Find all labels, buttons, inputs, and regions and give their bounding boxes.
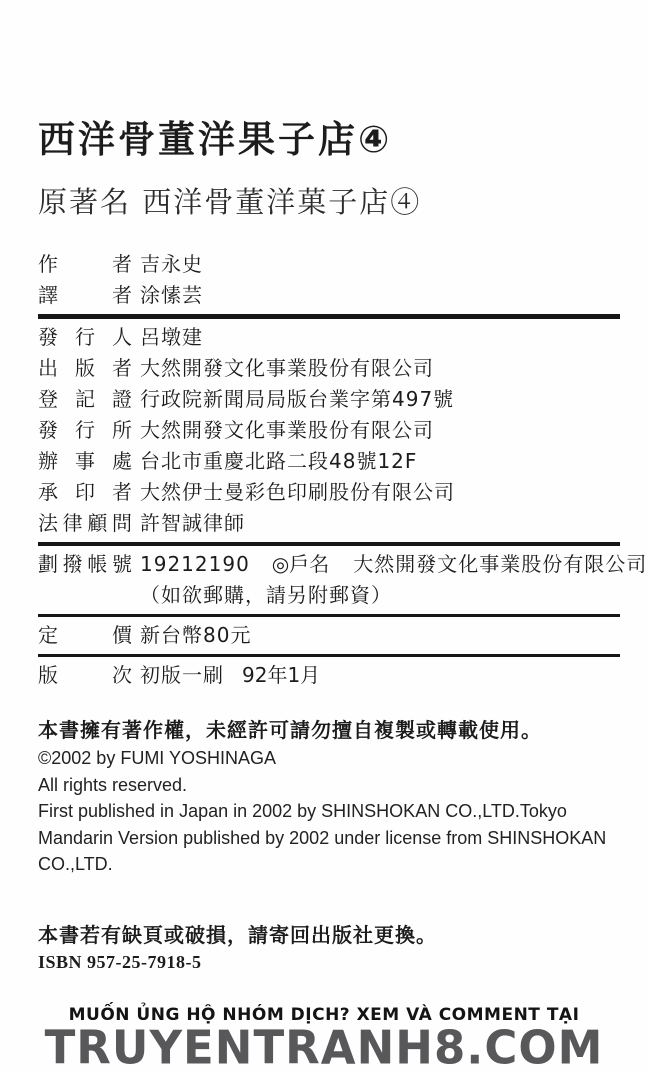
row-label: 出版者 [38,353,132,384]
row-label: 版次 [38,660,132,691]
colophon-table: 作者吉永史 譯者涂愫芸 發行人呂墩建 出版者大然開發文化事業股份有限公司 登記證… [38,249,620,691]
divider [38,614,620,617]
footer-site-name: TRUYENTRANH8.COM [0,1025,648,1071]
author-row: 作者吉永史 [38,249,620,280]
divider [38,314,620,319]
edition-row: 版次初版一刷92年1月 [38,660,620,691]
colophon-page: 西洋骨董洋果子店④ 原著名 西洋骨董洋菓子店④ 作者吉永史 譯者涂愫芸 發行人呂… [0,0,648,1072]
row-label: 承印者 [38,477,132,508]
copyright-block: 本書擁有著作權，未經許可請勿擅自複製或轉載使用。 ©2002 by FUMI Y… [38,715,620,878]
office-row: 辦事處台北市重慶北路二段48號12F [38,446,620,477]
legal-advisor-row: 法律顧問許智誠律師 [38,508,620,539]
edition-value: 初版一刷 [140,663,224,687]
row-value: 吉永史 [140,252,203,276]
footer-banner: MUỐN ỦNG HỘ NHÓM DỊCH? XEM VÀ COMMENT TẠ… [0,1005,648,1072]
postal-holder-label: ◎戶名 [272,552,329,576]
divider [38,654,620,657]
postal-mail-note-row: （如欲郵購，請另附郵資） [38,580,620,611]
isbn-number: ISBN 957-25-7918-5 [38,952,620,973]
price-row: 定價新台幣80元 [38,620,620,651]
row-label: 發行所 [38,415,132,446]
postal-account-number: 19212190 [140,552,250,576]
row-label: 辦事處 [38,446,132,477]
row-label: 劃撥帳號 [38,549,132,580]
registration-row: 登記證行政院新聞局局版台業字第497號 [38,384,620,415]
damage-note: 本書若有缺頁或破損，請寄回出版社更換。 [38,920,620,950]
page-title: 西洋骨董洋果子店④ [38,118,620,162]
row-label: 發行人 [38,322,132,353]
copyright-notice: 本書擁有著作權，未經許可請勿擅自複製或轉載使用。 [38,715,620,745]
postal-account-row: 劃撥帳號19212190◎戶名大然開發文化事業股份有限公司 [38,549,620,580]
first-published-line: First published in Japan in 2002 by SHIN… [38,798,620,825]
postal-holder-name: 大然開發文化事業股份有限公司 [353,552,647,576]
original-title: 原著名 西洋骨董洋菓子店④ [38,180,620,221]
mandarin-version-line: Mandarin Version published by 2002 under… [38,825,620,878]
postal-mail-note: （如欲郵購，請另附郵資） [140,583,392,607]
row-label: 譯者 [38,280,132,311]
row-label: 定價 [38,620,132,651]
row-value: 大然伊士曼彩色印刷股份有限公司 [140,480,455,504]
printer-row: 承印者大然伊士曼彩色印刷股份有限公司 [38,477,620,508]
edition-date: 92年1月 [242,663,320,687]
distributor-row: 發行所大然開發文化事業股份有限公司 [38,415,620,446]
row-value: 大然開發文化事業股份有限公司 [140,356,434,380]
row-value: 涂愫芸 [140,283,203,307]
row-value: 許智誠律師 [140,511,245,535]
row-label: 法律顧問 [38,508,132,539]
damage-note-block: 本書若有缺頁或破損，請寄回出版社更換。 ISBN 957-25-7918-5 [38,920,620,973]
row-value: 台北市重慶北路二段48號12F [140,449,417,473]
row-value: 大然開發文化事業股份有限公司 [140,418,434,442]
publisher-row: 出版者大然開發文化事業股份有限公司 [38,353,620,384]
row-label: 登記證 [38,384,132,415]
publisher-person-row: 發行人呂墩建 [38,322,620,353]
rights-reserved-line: All rights reserved. [38,772,620,799]
divider [38,542,620,546]
row-value: 行政院新聞局局版台業字第497號 [140,387,454,411]
copyright-year-line: ©2002 by FUMI YOSHINAGA [38,745,620,772]
row-value: 呂墩建 [140,325,203,349]
row-value: 新台幣80元 [140,623,251,647]
page-content: 西洋骨董洋果子店④ 原著名 西洋骨董洋菓子店④ 作者吉永史 譯者涂愫芸 發行人呂… [0,0,648,973]
translator-row: 譯者涂愫芸 [38,280,620,311]
row-label: 作者 [38,249,132,280]
